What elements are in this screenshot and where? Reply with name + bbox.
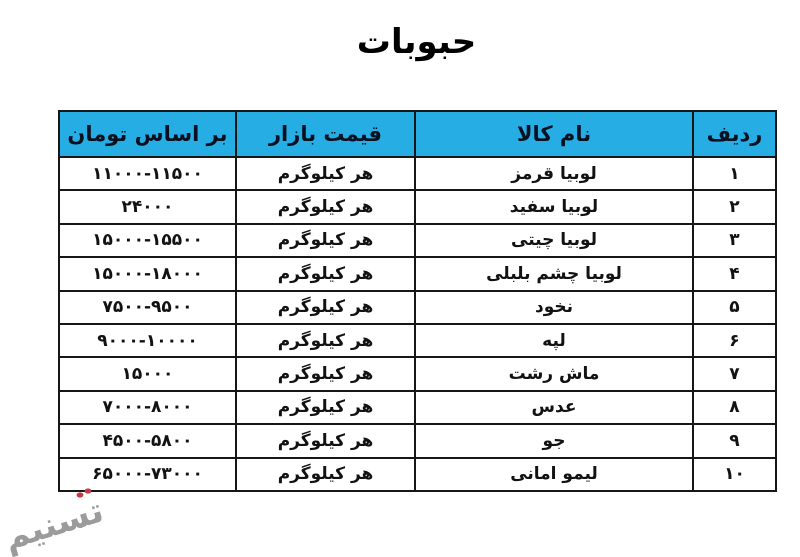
table-row: ۶لپههر کیلوگرم۹۰۰۰-۱۰۰۰۰ xyxy=(59,324,776,357)
table-row: ۵نخودهر کیلوگرم۷۵۰۰-۹۵۰۰ xyxy=(59,291,776,324)
cell-market: هر کیلوگرم xyxy=(236,291,415,324)
cell-market: هر کیلوگرم xyxy=(236,458,415,491)
cell-toman: ۱۵۰۰۰-۱۵۵۰۰ xyxy=(59,224,236,257)
commodity-price-table: ردیف نام کالا قیمت بازار بر اساس تومان ۱… xyxy=(58,110,777,492)
cell-radif: ۲ xyxy=(693,190,776,223)
cell-market: هر کیلوگرم xyxy=(236,257,415,290)
page-title: حبوبات xyxy=(58,22,775,62)
table-row: ۱۰لیمو امانیهر کیلوگرم۶۵۰۰۰-۷۳۰۰۰ xyxy=(59,458,776,491)
cell-toman: ۲۴۰۰۰ xyxy=(59,190,236,223)
cell-radif: ۴ xyxy=(693,257,776,290)
table-row: ۷ماش رشتهر کیلوگرم۱۵۰۰۰ xyxy=(59,357,776,390)
table-row: ۱لوبیا قرمزهر کیلوگرم۱۱۰۰۰-۱۱۵۰۰ xyxy=(59,157,776,190)
cell-name: لوبیا چیتی xyxy=(415,224,693,257)
page: { "page": { "title": "حبوبات" }, "colors… xyxy=(0,0,800,557)
cell-radif: ۱ xyxy=(693,157,776,190)
cell-toman: ۹۰۰۰-۱۰۰۰۰ xyxy=(59,324,236,357)
column-header-toman-basis: بر اساس تومان xyxy=(59,111,236,157)
cell-market: هر کیلوگرم xyxy=(236,424,415,457)
cell-radif: ۹ xyxy=(693,424,776,457)
table-body: ۱لوبیا قرمزهر کیلوگرم۱۱۰۰۰-۱۱۵۰۰۲لوبیا س… xyxy=(59,157,776,491)
table-row: ۴لوبیا چشم بلبلیهر کیلوگرم۱۵۰۰۰-۱۸۰۰۰ xyxy=(59,257,776,290)
cell-name: عدس xyxy=(415,391,693,424)
cell-toman: ۱۵۰۰۰ xyxy=(59,357,236,390)
cell-toman: ۷۵۰۰-۹۵۰۰ xyxy=(59,291,236,324)
cell-radif: ۷ xyxy=(693,357,776,390)
cell-market: هر کیلوگرم xyxy=(236,157,415,190)
cell-name: نخود xyxy=(415,291,693,324)
cell-market: هر کیلوگرم xyxy=(236,357,415,390)
cell-toman: ۴۵۰۰-۵۸۰۰ xyxy=(59,424,236,457)
column-header-market-price: قیمت بازار xyxy=(236,111,415,157)
cell-market: هر کیلوگرم xyxy=(236,324,415,357)
cell-market: هر کیلوگرم xyxy=(236,190,415,223)
column-header-product-name: نام کالا xyxy=(415,111,693,157)
table-header-row: ردیف نام کالا قیمت بازار بر اساس تومان xyxy=(59,111,776,157)
cell-name: لوبیا قرمز xyxy=(415,157,693,190)
table-row: ۹جوهر کیلوگرم۴۵۰۰-۵۸۰۰ xyxy=(59,424,776,457)
cell-radif: ۱۰ xyxy=(693,458,776,491)
cell-name: لوبیا چشم بلبلی xyxy=(415,257,693,290)
cell-radif: ۸ xyxy=(693,391,776,424)
cell-name: جو xyxy=(415,424,693,457)
table-row: ۳لوبیا چیتیهر کیلوگرم۱۵۰۰۰-۱۵۵۰۰ xyxy=(59,224,776,257)
cell-radif: ۳ xyxy=(693,224,776,257)
cell-toman: ۷۰۰۰-۸۰۰۰ xyxy=(59,391,236,424)
table-row: ۸عدسهر کیلوگرم۷۰۰۰-۸۰۰۰ xyxy=(59,391,776,424)
cell-name: لوبیا سفید xyxy=(415,190,693,223)
cell-market: هر کیلوگرم xyxy=(236,224,415,257)
cell-toman: ۶۵۰۰۰-۷۳۰۰۰ xyxy=(59,458,236,491)
cell-radif: ۶ xyxy=(693,324,776,357)
cell-toman: ۱۱۰۰۰-۱۱۵۰۰ xyxy=(59,157,236,190)
column-header-row-number: ردیف xyxy=(693,111,776,157)
cell-market: هر کیلوگرم xyxy=(236,391,415,424)
table-row: ۲لوبیا سفیدهر کیلوگرم۲۴۰۰۰ xyxy=(59,190,776,223)
cell-radif: ۵ xyxy=(693,291,776,324)
watermark-red-dot xyxy=(77,492,84,497)
cell-name: ماش رشت xyxy=(415,357,693,390)
tasnim-watermark-text: تسنیم xyxy=(0,490,108,557)
cell-toman: ۱۵۰۰۰-۱۸۰۰۰ xyxy=(59,257,236,290)
cell-name: لپه xyxy=(415,324,693,357)
cell-name: لیمو امانی xyxy=(415,458,693,491)
